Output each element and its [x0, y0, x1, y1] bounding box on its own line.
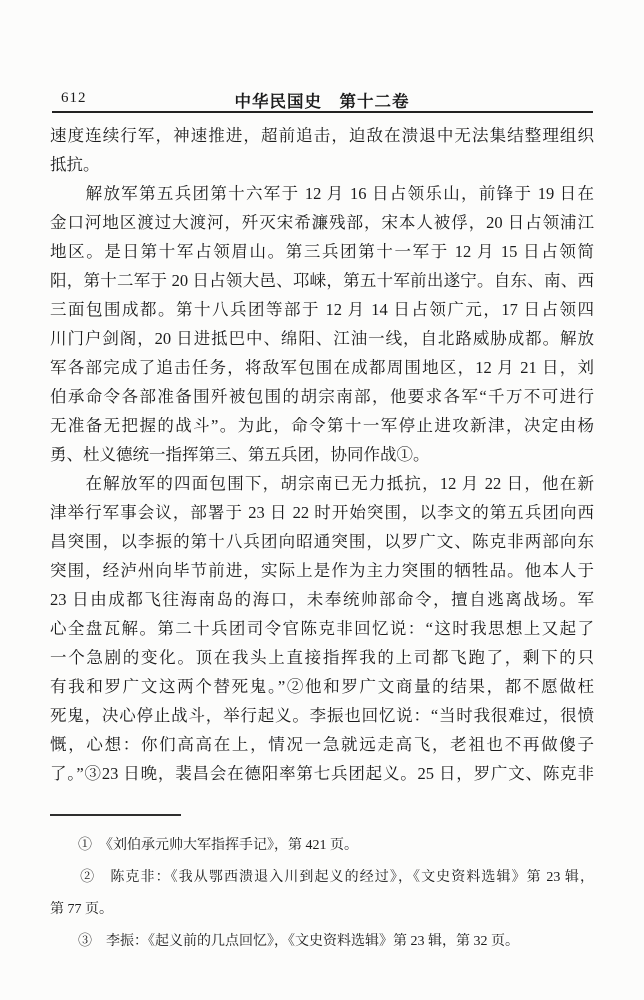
body-text-line: 在解放军的四面包围下，胡宗南已无力抵抗，12 月 22 日，他在新: [50, 469, 594, 498]
footnote-line: 第 77 页。: [50, 894, 594, 926]
body-text-line: 突围，经泸州向毕节前进，实际上是作为主力突围的牺牲品。他本人于: [50, 556, 594, 585]
body-text-line: 津举行军事会议，部署于 23 日 22 时开始突围，以李文的第五兵团向西: [50, 498, 594, 527]
body-text-line: 地区。是日第十军占领眉山。第三兵团第十一军于 12 月 15 日占领简: [50, 237, 594, 266]
footnote-separator: [50, 814, 181, 816]
body-text-line: 川门户剑阁，20 日进抵巴中、绵阳、江油一线，自北路威胁成都。解放: [50, 324, 594, 353]
body-text-line: 军各部完成了追击任务，将敌军包围在成都周围地区，12 月 21 日，刘: [50, 353, 594, 382]
body-text-line: 伯承命令各部准备围歼被包围的胡宗南部，他要求各军“千万不可进行: [50, 382, 594, 411]
body-text-line: 抵抗。: [50, 150, 594, 179]
body-text-line: 金口河地区渡过大渡河，歼灭宋希濂残部，宋本人被俘，20 日占领浦江: [50, 208, 594, 237]
body-text-line: 勇、杜义德统一指挥第三、第五兵团，协同作战①。: [50, 440, 594, 469]
body-text-line: 昌突围，以李振的第十八兵团向昭通突围，以罗广文、陈克非两部向东: [50, 527, 594, 556]
body-text-line: 解放军第五兵团第十六军于 12 月 16 日占领乐山，前锋于 19 日在: [50, 179, 594, 208]
header-rule: [52, 111, 593, 113]
body-text-line: 有我和罗广文这两个替死鬼。”②他和罗广文商量的结果，都不愿做枉: [50, 672, 594, 701]
body-text-line: 三面包围成都。第十八兵团等部于 12 月 14 日占领广元，17 日占领四: [50, 295, 594, 324]
body-text-line: 死鬼，决心停止战斗，举行起义。李振也回忆说：“当时我很难过，很愤: [50, 701, 594, 730]
book-title: 中华民国史 第十二卷: [0, 88, 644, 112]
footnote-line: ① 《刘伯承元帅大军指挥手记》，第 421 页。: [50, 830, 594, 862]
body-text-line: 心全盘瓦解。第二十兵团司令官陈克非回忆说：“这时我思想上又起了: [50, 614, 594, 643]
body-text: 速度连续行军，神速推进，超前追击，迫敌在溃退中无法集结整理组织抵抗。 解放军第五…: [50, 121, 594, 788]
body-text-line: 速度连续行军，神速推进，超前追击，迫敌在溃退中无法集结整理组织: [50, 121, 594, 150]
body-text-line: 一个急剧的变化。顶在我头上直接指挥我的上司都飞跑了，剩下的只: [50, 643, 594, 672]
footnotes: ① 《刘伯承元帅大军指挥手记》，第 421 页。 ② 陈克非：《我从鄂西溃退入川…: [50, 830, 594, 958]
body-text-line: 慨，心想：你们高高在上，情况一急就远走高飞，老祖也不再做傻子: [50, 730, 594, 759]
book-page: 612 中华民国史 第十二卷 速度连续行军，神速推进，超前追击，迫敌在溃退中无法…: [0, 0, 644, 1000]
footnote-line: ③ 李振：《起义前的几点回忆》，《文史资料选辑》第 23 辑，第 32 页。: [50, 926, 594, 958]
body-text-line: 阳，第十二军于 20 日占领大邑、邛崃，第五十军前出遂宁。自东、南、西: [50, 266, 594, 295]
footnote-line: ② 陈克非：《我从鄂西溃退入川到起义的经过》，《文史资料选辑》第 23 辑，: [50, 862, 594, 894]
body-text-line: 无准备无把握的战斗”。为此，命令第十一军停止进攻新津，决定由杨: [50, 411, 594, 440]
body-text-line: 23 日由成都飞往海南岛的海口，未奉统帅部命令，擅自逃离战场。军: [50, 585, 594, 614]
body-text-line: 了。”③23 日晚，裴昌会在德阳率第七兵团起义。25 日，罗广文、陈克非: [50, 759, 594, 788]
